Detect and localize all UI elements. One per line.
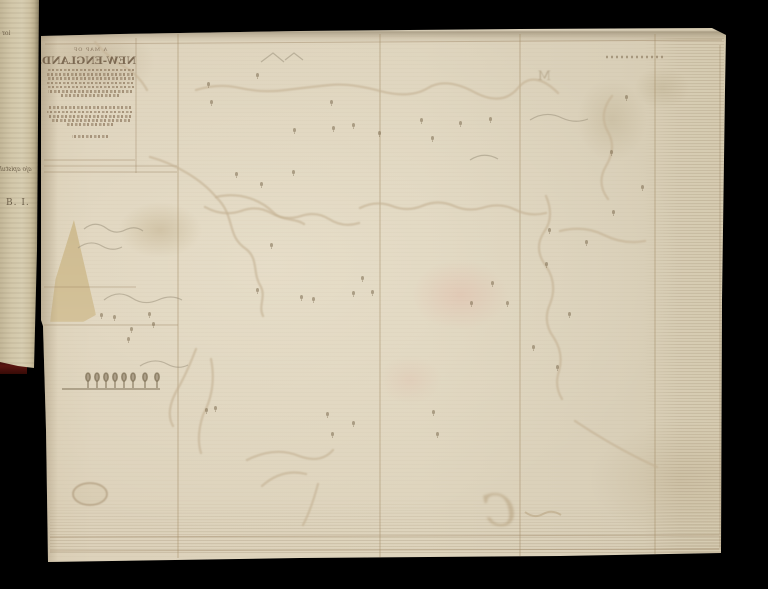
photo-of-book-with-folded-map: ior ajo apistul B. I. C M A MAP OF NEW-E… [0,0,768,589]
book-page-stub: ior ajo apistul B. I. [0,0,40,374]
page-text-fragment: ior [2,30,10,37]
map-sheet-verso: C M A MAP OF NEW-ENGLAND. [0,0,768,589]
sheet-edge-vignette [0,0,768,589]
page-initials-text: B. I. [6,198,30,208]
page-text-fragment: ajo apistul [0,166,32,173]
